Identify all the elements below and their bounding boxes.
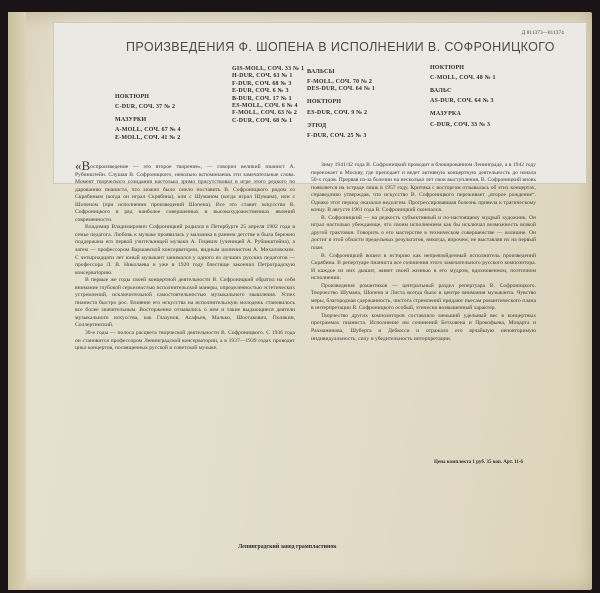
track-group-heading: НОКТЮРН xyxy=(307,99,375,106)
album-title: ПРОИЗВЕДЕНИЯ Ф. ШОПЕНА В ИСПОЛНЕНИИ В. С… xyxy=(126,40,555,54)
liner-notes-left: «Воспроизведение — это второе творение»,… xyxy=(75,162,295,353)
track-item: E-MOLL, СОЧ. 41 № 2 xyxy=(115,135,181,142)
track-item: C-DUR, СОЧ. 68 № 1 xyxy=(232,118,304,125)
tracklist-column-1: НОКТЮРНC-DUR, СОЧ. 37 № 2МАЗУРКИA-MOLL, … xyxy=(115,91,181,142)
tracklist-column-2: GIS-MOLL, СОЧ. 33 № 1H-DUR, СОЧ. 63 № 1F… xyxy=(232,66,304,125)
track-item: DES-DUR, СОЧ. 64 № 1 xyxy=(307,86,375,93)
track-group-heading: МАЗУРКА xyxy=(430,111,496,118)
liner-paragraph: Владимир Владимирович Софроницкий родилс… xyxy=(75,224,295,277)
track-group-heading: ЭТЮД xyxy=(307,123,375,130)
track-item: F-DUR, СОЧ. 25 № 3 xyxy=(307,133,375,140)
track-group-heading: ВАЛЬС xyxy=(430,88,496,95)
liner-paragraph: «Воспроизведение — это второе творение»,… xyxy=(75,162,295,224)
track-item: F-MOLL, СОЧ. 70 № 2 xyxy=(307,79,375,86)
track-item: C-DUR, СОЧ. 37 № 2 xyxy=(115,104,181,111)
track-item: H-DUR, СОЧ. 63 № 1 xyxy=(232,73,304,80)
manufacturer: Ленинградский завод грампластинок xyxy=(238,544,337,550)
track-group-heading: НОКТЮРН xyxy=(115,94,181,101)
liner-paragraph: 30-е годы — полоса расцвета творческой д… xyxy=(75,330,295,353)
track-item: ES-MOLL, СОЧ. 6 № 4 xyxy=(232,103,304,110)
track-group-heading: НОКТЮРН xyxy=(430,65,496,72)
track-item: AS-DUR, СОЧ. 64 № 3 xyxy=(430,98,496,105)
track-item: GIS-MOLL, СОЧ. 33 № 1 xyxy=(232,66,304,73)
liner-paragraph: Творчество других композиторов составлял… xyxy=(311,313,536,343)
track-group-heading: ВАЛЬСЫ xyxy=(307,69,375,76)
track-item: ES-DUR, СОЧ. 9 № 2 xyxy=(307,110,375,117)
tracklist-column-4: НОКТЮРНC-MOLL, СОЧ. 48 № 1ВАЛЬСAS-DUR, С… xyxy=(430,62,496,129)
record-sleeve-back: Д 011373—011374 ПРОИЗВЕДЕНИЯ Ф. ШОПЕНА В… xyxy=(8,12,592,590)
liner-paragraph: В. Софроницкий — на редкость субъективны… xyxy=(311,215,536,253)
track-group-heading: МАЗУРКИ xyxy=(115,117,181,124)
liner-paragraph: Произведения романтиков — центральный ра… xyxy=(311,283,536,313)
catalog-number: Д 011373—011374 xyxy=(522,31,564,36)
track-item: F-MOLL, СОЧ. 63 № 2 xyxy=(232,110,304,117)
track-item: F-DUR, СОЧ. 68 № 3 xyxy=(232,81,304,88)
price-line: Цена комплекта 1 руб. 35 коп. Арт. 11-6 xyxy=(434,460,523,465)
track-item: C-MOLL, СОЧ. 48 № 1 xyxy=(430,75,496,82)
track-item: A-MOLL, СОЧ. 67 № 4 xyxy=(115,127,181,134)
liner-paragraph: Зиму 1941/42 года В. Софроницкий проводи… xyxy=(311,162,536,215)
track-item: C-DUR, СОЧ. 33 № 3 xyxy=(430,122,496,129)
liner-paragraph: В. Софроницкий вошел в историю как непре… xyxy=(311,253,536,283)
liner-paragraph: В первые же годы своей концертной деятел… xyxy=(75,277,295,330)
liner-notes-right: Зиму 1941/42 года В. Софроницкий проводи… xyxy=(311,162,536,343)
tracklist-column-3: ВАЛЬСЫF-MOLL, СОЧ. 70 № 2DES-DUR, СОЧ. 6… xyxy=(307,66,375,140)
track-item: B-DUR, СОЧ. 17 № 1 xyxy=(232,96,304,103)
track-item: E-DUR, СОЧ. 6 № 3 xyxy=(232,88,304,95)
track-label: Д 011373—011374 ПРОИЗВЕДЕНИЯ Ф. ШОПЕНА В… xyxy=(53,22,587,184)
